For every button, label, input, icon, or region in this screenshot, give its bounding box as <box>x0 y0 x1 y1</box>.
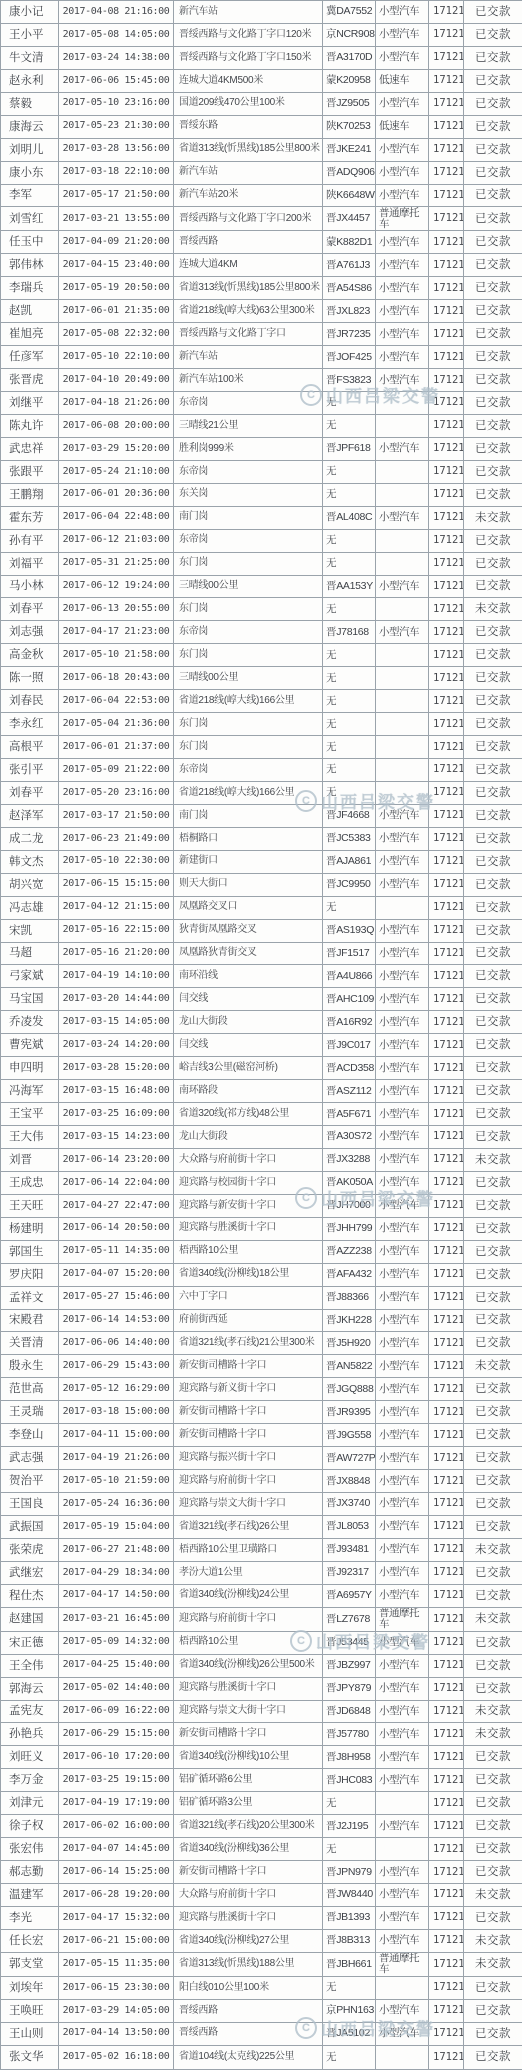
violation-code-cell: 17121 <box>429 1792 464 1815</box>
violation-time-cell: 2017-04-07 14:45:00 <box>59 1838 174 1861</box>
table-row: 关晋清2017-06-06 14:40:00省道321线(孝石线)21公里300… <box>1 1332 522 1355</box>
plate-number-cell: 晋FS3823 <box>323 369 376 392</box>
plate-number-cell: 晋JB1393 <box>323 1906 376 1929</box>
payment-status-cell: 已交款 <box>464 1424 522 1447</box>
table-row: 李瑞兵2017-05-19 20:50:00省道313线(忻黑线)185公里80… <box>1 277 522 300</box>
violation-code-cell: 17121 <box>429 231 464 254</box>
plate-number-cell: 晋J53445 <box>323 1631 376 1654</box>
table-row: 杨建明2017-06-14 20:50:00迎宾路与胜溪街十字口晋JHH799小… <box>1 1217 522 1240</box>
violation-time-cell: 2017-05-09 21:22:00 <box>59 759 174 782</box>
vehicle-type-cell: 低速车 <box>376 69 429 92</box>
violation-time-cell: 2017-05-16 22:15:00 <box>59 919 174 942</box>
vehicle-type-cell: 小型汽车 <box>376 323 429 346</box>
location-cell: 新安街司槽路十字口 <box>174 1355 323 1378</box>
location-cell: 省道340线(汾柳线)26公里500米 <box>174 1654 323 1677</box>
table-row: 陈一照2017-06-18 20:43:00三晴线00公里无17121已交款 <box>1 667 522 690</box>
vehicle-type-cell: 小型汽车 <box>376 1769 429 1792</box>
table-row: 徐子权2017-06-02 16:00:00省道321线(孝石线)20公里300… <box>1 1815 522 1838</box>
plate-number-cell: 冀DA7552 <box>323 1 376 24</box>
violation-code-cell: 17121 <box>429 621 464 644</box>
payment-status-cell: 已交款 <box>464 1654 522 1677</box>
violation-time-cell: 2017-06-08 20:00:00 <box>59 414 174 437</box>
plate-number-cell: 晋ADQ906 <box>323 161 376 184</box>
location-cell: 凤凰路交叉口 <box>174 896 323 919</box>
payment-status-cell: 已交款 <box>464 1263 522 1286</box>
vehicle-type-cell: 小型汽车 <box>376 1424 429 1447</box>
driver-name-cell: 张晋虎 <box>1 369 59 392</box>
driver-name-cell: 殷永生 <box>1 1355 59 1378</box>
payment-status-cell: 未交款 <box>464 1607 522 1631</box>
table-row: 刘旺义2017-06-10 17:20:00省道340线(汾柳线)10公里晋J8… <box>1 1746 522 1769</box>
violation-time-cell: 2017-03-15 14:23:00 <box>59 1126 174 1149</box>
violation-time-cell: 2017-05-19 20:50:00 <box>59 277 174 300</box>
plate-number-cell: 晋J78168 <box>323 621 376 644</box>
violation-time-cell: 2017-06-23 21:49:00 <box>59 827 174 850</box>
location-cell: 南门岗 <box>174 804 323 827</box>
location-cell: 省道313线(忻黑线)185公里800米 <box>174 277 323 300</box>
violation-time-cell: 2017-06-12 21:03:00 <box>59 529 174 552</box>
violation-code-cell: 17121 <box>429 1700 464 1723</box>
plate-number-cell: 晋J88366 <box>323 1286 376 1309</box>
driver-name-cell: 成二龙 <box>1 827 59 850</box>
violation-time-cell: 2017-05-10 23:16:00 <box>59 92 174 115</box>
plate-number-cell: 晋ACD358 <box>323 1057 376 1080</box>
table-row: 温建军2017-06-28 19:20:00大众路与府前街十字口晋JW8440小… <box>1 1884 522 1907</box>
violation-code-cell: 17121 <box>429 942 464 965</box>
payment-status-cell: 已交款 <box>464 1792 522 1815</box>
driver-name-cell: 程仕杰 <box>1 1584 59 1607</box>
driver-name-cell: 冯志雄 <box>1 896 59 919</box>
violation-code-cell: 17121 <box>429 850 464 873</box>
table-row: 张荣虎2017-06-27 21:48:00梧西路10公里卫璜路口晋J93481… <box>1 1538 522 1561</box>
plate-number-cell: 晋AN5822 <box>323 1355 376 1378</box>
driver-name-cell: 韩文杰 <box>1 850 59 873</box>
violation-time-cell: 2017-05-17 21:50:00 <box>59 184 174 207</box>
table-row: 李永红2017-05-04 21:36:00东门岗无17121已交款 <box>1 713 522 736</box>
driver-name-cell: 康海云 <box>1 115 59 138</box>
violation-time-cell: 2017-03-18 15:00:00 <box>59 1401 174 1424</box>
table-row: 康海云2017-05-23 21:30:00晋绥东路陕K70253低速车1712… <box>1 115 522 138</box>
violation-time-cell: 2017-06-13 20:55:00 <box>59 598 174 621</box>
driver-name-cell: 刘埃年 <box>1 1976 59 1999</box>
table-row: 宋殿君2017-06-14 14:53:00府前街西延晋JKH228小型汽车17… <box>1 1309 522 1332</box>
table-row: 陈丸许2017-06-08 20:00:00三晴线21公里无17121已交款 <box>1 414 522 437</box>
violation-time-cell: 2017-05-15 11:35:00 <box>59 1952 174 1976</box>
violation-code-cell: 17121 <box>429 896 464 919</box>
location-cell: 梧桐路口 <box>174 827 323 850</box>
violation-table-page: 康小记2017-04-08 21:16:00新汽车站冀DA7552小型汽车171… <box>0 0 522 2070</box>
violation-time-cell: 2017-03-25 16:09:00 <box>59 1103 174 1126</box>
plate-number-cell: 晋JBZ997 <box>323 1654 376 1677</box>
plate-number-cell: 无 <box>323 483 376 506</box>
payment-status-cell: 已交款 <box>464 1217 522 1240</box>
plate-number-cell: 晋JA5102 <box>323 2022 376 2045</box>
violation-time-cell: 2017-03-21 16:45:00 <box>59 1607 174 1631</box>
violation-code-cell: 17121 <box>429 1171 464 1194</box>
vehicle-type-cell: 小型汽车 <box>376 919 429 942</box>
violation-time-cell: 2017-03-18 22:10:00 <box>59 161 174 184</box>
location-cell: 晋绥西路与文化路丁字口120米 <box>174 23 323 46</box>
driver-name-cell: 刘春平 <box>1 598 59 621</box>
plate-number-cell: 晋ASZ112 <box>323 1080 376 1103</box>
driver-name-cell: 赵建国 <box>1 1607 59 1631</box>
violation-code-cell: 17121 <box>429 1723 464 1746</box>
table-row: 宋凯2017-05-16 22:15:00狄青街凤凰路交叉晋AS193Q小型汽车… <box>1 919 522 942</box>
table-row: 乔凌发2017-03-15 14:05:00龙山大街段晋A16R92小型汽车17… <box>1 1011 522 1034</box>
driver-name-cell: 赵泽军 <box>1 804 59 827</box>
location-cell: 东门岗 <box>174 713 323 736</box>
location-cell: 省道313线(忻黑线)185公里800米 <box>174 138 323 161</box>
violation-code-cell: 17121 <box>429 781 464 804</box>
vehicle-type-cell <box>376 690 429 713</box>
table-row: 张宏伟2017-04-07 14:45:00省道340线(汾柳线)36公里无17… <box>1 1838 522 1861</box>
driver-name-cell: 赵凯 <box>1 300 59 323</box>
payment-status-cell: 已交款 <box>464 414 522 437</box>
driver-name-cell: 王天旺 <box>1 1194 59 1217</box>
driver-name-cell: 乔凌发 <box>1 1011 59 1034</box>
payment-status-cell: 已交款 <box>464 46 522 69</box>
plate-number-cell: 晋AZZ238 <box>323 1240 376 1263</box>
table-row: 郭支堂2017-05-15 11:35:00省道313线(忻黑线)188公里晋J… <box>1 1952 522 1976</box>
driver-name-cell: 张荣虎 <box>1 1538 59 1561</box>
vehicle-type-cell: 小型汽车 <box>376 1538 429 1561</box>
location-cell: 大众路与府前街十字口 <box>174 1884 323 1907</box>
vehicle-type-cell: 小型汽车 <box>376 277 429 300</box>
payment-status-cell: 已交款 <box>464 713 522 736</box>
payment-status-cell: 已交款 <box>464 965 522 988</box>
payment-status-cell: 已交款 <box>464 1332 522 1355</box>
driver-name-cell: 任玉中 <box>1 231 59 254</box>
driver-name-cell: 李万金 <box>1 1769 59 1792</box>
plate-number-cell: 晋J93481 <box>323 1538 376 1561</box>
violation-code-cell: 17121 <box>429 690 464 713</box>
violation-code-cell: 17121 <box>429 161 464 184</box>
payment-status-cell: 已交款 <box>464 942 522 965</box>
plate-number-cell: 晋AFA432 <box>323 1263 376 1286</box>
violation-code-cell: 17121 <box>429 2045 464 2069</box>
location-cell: 国道209线470公里100米 <box>174 92 323 115</box>
driver-name-cell: 高根平 <box>1 736 59 759</box>
vehicle-type-cell <box>376 552 429 575</box>
violation-code-cell: 17121 <box>429 1263 464 1286</box>
table-row: 任长宏2017-06-21 15:00:00省道340线(汾柳线)27公里晋J8… <box>1 1929 522 1952</box>
violation-time-cell: 2017-04-17 14:50:00 <box>59 1584 174 1607</box>
plate-number-cell: 无 <box>323 896 376 919</box>
location-cell: 东帝岗 <box>174 460 323 483</box>
driver-name-cell: 陈丸许 <box>1 414 59 437</box>
violation-code-cell: 17121 <box>429 1332 464 1355</box>
payment-status-cell: 已交款 <box>464 1906 522 1929</box>
violation-code-cell: 17121 <box>429 460 464 483</box>
plate-number-cell: 晋JR9395 <box>323 1401 376 1424</box>
payment-status-cell: 已交款 <box>464 1309 522 1332</box>
violation-code-cell: 17121 <box>429 1378 464 1401</box>
location-cell: 东关岗 <box>174 483 323 506</box>
payment-status-cell: 已交款 <box>464 1401 522 1424</box>
payment-status-cell: 已交款 <box>464 115 522 138</box>
table-row: 郭海云2017-05-02 14:40:00迎宾路与胜溪街十字口晋JPY879小… <box>1 1677 522 1700</box>
table-row: 赵泽军2017-03-17 21:50:00南门岗晋JF4668小型汽车1712… <box>1 804 522 827</box>
plate-number-cell: 无 <box>323 2045 376 2069</box>
driver-name-cell: 张宏伟 <box>1 1838 59 1861</box>
driver-name-cell: 王山则 <box>1 2022 59 2045</box>
driver-name-cell: 张文华 <box>1 2045 59 2069</box>
payment-status-cell: 已交款 <box>464 690 522 713</box>
plate-number-cell: 晋JKH228 <box>323 1309 376 1332</box>
table-row: 张文华2017-05-02 16:18:00省道104线(太克线)225公里无1… <box>1 2045 522 2069</box>
violation-time-cell: 2017-06-10 17:20:00 <box>59 1746 174 1769</box>
violation-time-cell: 2017-06-09 16:22:00 <box>59 1700 174 1723</box>
payment-status-cell: 已交款 <box>464 1194 522 1217</box>
location-cell: 晋绥西路与文化路丁字口200米 <box>174 207 323 231</box>
table-row: 冯志雄2017-04-12 21:15:00凤凰路交叉口无17121已交款 <box>1 896 522 919</box>
location-cell: 晋绥西路与文化路丁字口 <box>174 323 323 346</box>
vehicle-type-cell: 小型汽车 <box>376 369 429 392</box>
vehicle-type-cell: 低速车 <box>376 115 429 138</box>
payment-status-cell: 已交款 <box>464 644 522 667</box>
violation-time-cell: 2017-06-14 23:20:00 <box>59 1148 174 1171</box>
driver-name-cell: 冯海军 <box>1 1080 59 1103</box>
location-cell: 迎宾路与府前街十字口 <box>174 1470 323 1493</box>
vehicle-type-cell: 小型汽车 <box>376 437 429 460</box>
violation-code-cell: 17121 <box>429 1607 464 1631</box>
vehicle-type-cell: 小型汽车 <box>376 1584 429 1607</box>
vehicle-type-cell <box>376 644 429 667</box>
payment-status-cell: 已交款 <box>464 781 522 804</box>
driver-name-cell: 杨建明 <box>1 1217 59 1240</box>
violation-code-cell: 17121 <box>429 1746 464 1769</box>
violation-code-cell: 17121 <box>429 1080 464 1103</box>
vehicle-type-cell: 小型汽车 <box>376 1929 429 1952</box>
driver-name-cell: 李永红 <box>1 713 59 736</box>
vehicle-type-cell: 小型汽车 <box>376 1861 429 1884</box>
table-row: 武忠祥2017-03-29 15:20:00胜利岗999米晋JPF618小型汽车… <box>1 437 522 460</box>
table-row: 任彦军2017-05-10 22:10:00新汽车站晋JOF425小型汽车171… <box>1 346 522 369</box>
violation-code-cell: 17121 <box>429 46 464 69</box>
plate-number-cell: 晋J5H920 <box>323 1332 376 1355</box>
violation-time-cell: 2017-04-25 15:40:00 <box>59 1654 174 1677</box>
table-row: 马超2017-05-16 21:20:00凤凰路狄青街交叉晋JF1517小型汽车… <box>1 942 522 965</box>
driver-name-cell: 王国良 <box>1 1493 59 1516</box>
table-row: 宋正德2017-05-09 14:32:00梧西路10公里晋J53445小型汽车… <box>1 1631 522 1654</box>
violation-time-cell: 2017-05-10 21:59:00 <box>59 1470 174 1493</box>
payment-status-cell: 已交款 <box>464 1240 522 1263</box>
violation-time-cell: 2017-05-10 22:30:00 <box>59 850 174 873</box>
payment-status-cell: 已交款 <box>464 529 522 552</box>
violation-code-cell: 17121 <box>429 1999 464 2022</box>
table-row: 牛文清2017-03-24 14:38:00晋绥西路与文化路丁字口150米晋A3… <box>1 46 522 69</box>
driver-name-cell: 关晋清 <box>1 1332 59 1355</box>
violation-time-cell: 2017-06-02 16:00:00 <box>59 1815 174 1838</box>
plate-number-cell: 陕K6648W <box>323 184 376 207</box>
violation-code-cell: 17121 <box>429 1631 464 1654</box>
payment-status-cell: 已交款 <box>464 1769 522 1792</box>
payment-status-cell: 已交款 <box>464 804 522 827</box>
violation-code-cell: 17121 <box>429 1952 464 1976</box>
vehicle-type-cell <box>376 781 429 804</box>
violation-code-cell: 17121 <box>429 115 464 138</box>
vehicle-type-cell: 小型汽车 <box>376 346 429 369</box>
plate-number-cell: 无 <box>323 392 376 415</box>
violation-code-cell: 17121 <box>429 1447 464 1470</box>
table-row: 康小记2017-04-08 21:16:00新汽车站冀DA7552小型汽车171… <box>1 1 522 24</box>
vehicle-type-cell: 小型汽车 <box>376 1723 429 1746</box>
violation-time-cell: 2017-06-01 20:36:00 <box>59 483 174 506</box>
violation-time-cell: 2017-06-15 15:15:00 <box>59 873 174 896</box>
violation-time-cell: 2017-03-15 16:48:00 <box>59 1080 174 1103</box>
driver-name-cell: 牛文清 <box>1 46 59 69</box>
payment-status-cell: 已交款 <box>464 23 522 46</box>
location-cell: 六中丁字口 <box>174 1286 323 1309</box>
plate-number-cell: 无 <box>323 598 376 621</box>
violation-code-cell: 17121 <box>429 667 464 690</box>
plate-number-cell: 晋J9G558 <box>323 1424 376 1447</box>
violation-time-cell: 2017-03-17 21:50:00 <box>59 804 174 827</box>
location-cell: 狄青街凤凰路交叉 <box>174 919 323 942</box>
vehicle-type-cell <box>376 414 429 437</box>
violation-code-cell: 17121 <box>429 1654 464 1677</box>
table-row: 张引平2017-05-09 21:22:00东帝岗无17121已交款 <box>1 759 522 782</box>
violation-time-cell: 2017-06-14 22:04:00 <box>59 1171 174 1194</box>
plate-number-cell: 无 <box>323 736 376 759</box>
payment-status-cell: 已交款 <box>464 1103 522 1126</box>
plate-number-cell: 晋JGQ888 <box>323 1378 376 1401</box>
violation-code-cell: 17121 <box>429 483 464 506</box>
vehicle-type-cell: 小型汽车 <box>376 1378 429 1401</box>
vehicle-type-cell: 小型汽车 <box>376 1332 429 1355</box>
violation-code-cell: 17121 <box>429 1906 464 1929</box>
payment-status-cell: 已交款 <box>464 369 522 392</box>
location-cell: 省道313线(忻黑线)188公里 <box>174 1952 323 1976</box>
location-cell: 省道320线(祁方线)48公里 <box>174 1103 323 1126</box>
table-row: 王唤旺2017-03-29 14:05:00晋绥西路京PHN163小型汽车171… <box>1 1999 522 2022</box>
payment-status-cell: 未交款 <box>464 1929 522 1952</box>
violation-table: 康小记2017-04-08 21:16:00新汽车站冀DA7552小型汽车171… <box>0 0 522 2070</box>
payment-status-cell: 已交款 <box>464 300 522 323</box>
payment-status-cell: 已交款 <box>464 254 522 277</box>
driver-name-cell: 刘春平 <box>1 781 59 804</box>
driver-name-cell: 刘福平 <box>1 552 59 575</box>
vehicle-type-cell: 小型汽车 <box>376 1080 429 1103</box>
table-row: 赵建国2017-03-21 16:45:00迎宾路与府前街十字口晋LZ7678普… <box>1 1607 522 1631</box>
driver-name-cell: 张引平 <box>1 759 59 782</box>
payment-status-cell: 已交款 <box>464 392 522 415</box>
payment-status-cell: 已交款 <box>464 988 522 1011</box>
vehicle-type-cell <box>376 1976 429 1999</box>
plate-number-cell: 晋JL8053 <box>323 1515 376 1538</box>
location-cell: 迎宾路与胜溪街十字口 <box>174 1217 323 1240</box>
violation-code-cell: 17121 <box>429 1815 464 1838</box>
plate-number-cell: 晋A6957Y <box>323 1584 376 1607</box>
violation-time-cell: 2017-06-27 21:48:00 <box>59 1538 174 1561</box>
location-cell: 东帝岗 <box>174 392 323 415</box>
driver-name-cell: 李瑞兵 <box>1 277 59 300</box>
vehicle-type-cell: 小型汽车 <box>376 254 429 277</box>
vehicle-type-cell: 小型汽车 <box>376 1286 429 1309</box>
plate-number-cell: 晋A5F671 <box>323 1103 376 1126</box>
table-row: 程仕杰2017-04-17 14:50:00省道340线(汾柳线)24公里晋A6… <box>1 1584 522 1607</box>
location-cell: 省道321线(孝石线)21公里300米 <box>174 1332 323 1355</box>
table-row: 弓家斌2017-04-19 14:10:00南环沿线晋A4U866小型汽车171… <box>1 965 522 988</box>
location-cell: 孝汾大道1公里 <box>174 1561 323 1584</box>
payment-status-cell: 已交款 <box>464 69 522 92</box>
vehicle-type-cell: 小型汽车 <box>376 161 429 184</box>
payment-status-cell: 已交款 <box>464 92 522 115</box>
violation-time-cell: 2017-05-11 14:35:00 <box>59 1240 174 1263</box>
driver-name-cell: 王唤旺 <box>1 1999 59 2022</box>
driver-name-cell: 武振国 <box>1 1515 59 1538</box>
driver-name-cell: 王小平 <box>1 23 59 46</box>
violation-time-cell: 2017-04-17 21:23:00 <box>59 621 174 644</box>
violation-time-cell: 2017-05-08 22:32:00 <box>59 323 174 346</box>
location-cell: 三晴线00公里 <box>174 667 323 690</box>
location-cell: 闫交线 <box>174 988 323 1011</box>
vehicle-type-cell: 小型汽车 <box>376 827 429 850</box>
vehicle-type-cell: 小型汽车 <box>376 231 429 254</box>
driver-name-cell: 王大伟 <box>1 1126 59 1149</box>
table-row: 李光2017-04-17 15:32:00迎宾路与胜溪街十字口晋JB1393小型… <box>1 1906 522 1929</box>
driver-name-cell: 胡兴宽 <box>1 873 59 896</box>
violation-time-cell: 2017-04-19 21:26:00 <box>59 1447 174 1470</box>
violation-time-cell: 2017-04-29 18:34:00 <box>59 1561 174 1584</box>
driver-name-cell: 孙有平 <box>1 529 59 552</box>
payment-status-cell: 已交款 <box>464 2045 522 2069</box>
table-row: 刘雪红2017-03-21 13:55:00晋绥西路与文化路丁字口200米晋JX… <box>1 207 522 231</box>
violation-time-cell: 2017-03-29 14:05:00 <box>59 1999 174 2022</box>
violation-code-cell: 17121 <box>429 736 464 759</box>
table-row: 孙有平2017-06-12 21:03:00东帝岗无17121已交款 <box>1 529 522 552</box>
table-row: 王大伟2017-03-15 14:23:00龙山大街段晋A30S72小型汽车17… <box>1 1126 522 1149</box>
payment-status-cell: 未交款 <box>464 1355 522 1378</box>
vehicle-type-cell: 小型汽车 <box>376 1263 429 1286</box>
vehicle-type-cell: 普通摩托车 <box>376 1952 429 1976</box>
violation-time-cell: 2017-05-08 14:05:00 <box>59 23 174 46</box>
vehicle-type-cell: 小型汽车 <box>376 575 429 598</box>
driver-name-cell: 刘继平 <box>1 392 59 415</box>
plate-number-cell: 晋J8H958 <box>323 1746 376 1769</box>
location-cell: 梧西路10公里 <box>174 1631 323 1654</box>
payment-status-cell: 未交款 <box>464 598 522 621</box>
driver-name-cell: 李登山 <box>1 1424 59 1447</box>
location-cell: 省道321线(孝石线)26公里 <box>174 1515 323 1538</box>
table-row: 高金秋2017-05-10 21:58:00东门岗无17121已交款 <box>1 644 522 667</box>
table-row: 李登山2017-04-11 15:00:00新安街司槽路十字口晋J9G558小型… <box>1 1424 522 1447</box>
violation-code-cell: 17121 <box>429 552 464 575</box>
location-cell: 峪吉线3公里(磁窑河桥) <box>174 1057 323 1080</box>
vehicle-type-cell: 小型汽车 <box>376 1493 429 1516</box>
location-cell: 迎宾路与崇文大街十字口 <box>174 1700 323 1723</box>
plate-number-cell: 晋AK050A <box>323 1171 376 1194</box>
violation-time-cell: 2017-04-08 21:16:00 <box>59 1 174 24</box>
violation-time-cell: 2017-06-12 19:24:00 <box>59 575 174 598</box>
plate-number-cell: 晋JHH799 <box>323 1217 376 1240</box>
table-row: 马小林2017-06-12 19:24:00三晴线00公里晋AA153Y小型汽车… <box>1 575 522 598</box>
location-cell: 闫交线 <box>174 1034 323 1057</box>
vehicle-type-cell: 小型汽车 <box>376 1148 429 1171</box>
violation-code-cell: 17121 <box>429 1861 464 1884</box>
location-cell: 胜利岗999米 <box>174 437 323 460</box>
violation-code-cell: 17121 <box>429 1424 464 1447</box>
vehicle-type-cell: 小型汽车 <box>376 804 429 827</box>
driver-name-cell: 高金秋 <box>1 644 59 667</box>
payment-status-cell: 未交款 <box>464 506 522 529</box>
vehicle-type-cell: 小型汽车 <box>376 1447 429 1470</box>
payment-status-cell: 已交款 <box>464 873 522 896</box>
table-row: 韩文杰2017-05-10 22:30:00新建街口晋AJA861小型汽车171… <box>1 850 522 873</box>
driver-name-cell: 刘雪红 <box>1 207 59 231</box>
violation-time-cell: 2017-06-29 15:15:00 <box>59 1723 174 1746</box>
payment-status-cell: 已交款 <box>464 1057 522 1080</box>
